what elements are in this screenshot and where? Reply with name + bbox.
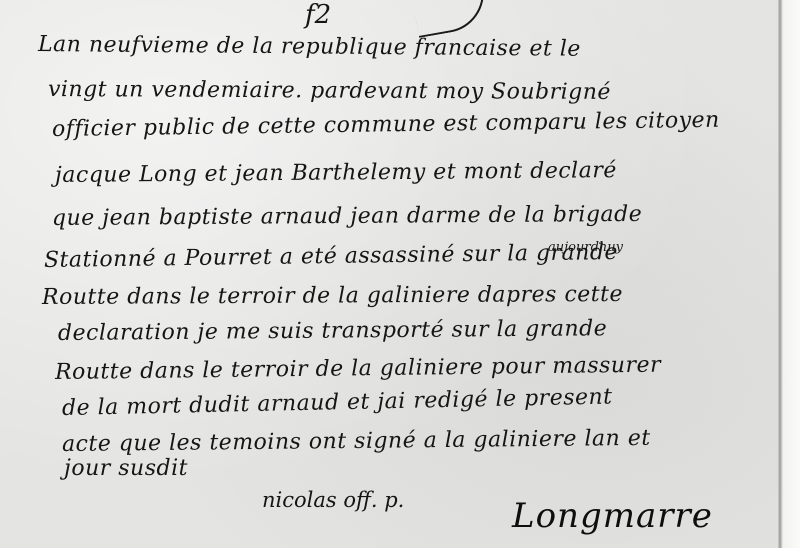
page-edge [778,0,800,548]
header-flourish [412,0,490,38]
text-line-12: jour susdit [64,456,188,481]
text-line-11: acte que les temoins ont signé a la gali… [62,426,651,457]
text-line-8: declaration je me suis transporté sur la… [58,316,607,346]
text-line-7: Routte dans le terroir de la galiniere d… [42,282,623,310]
text-line-2: vingt un vendemiaire. pardevant moy Soub… [48,77,611,105]
text-line-10: de la mort dudit arnaud et jai redigé le… [62,384,613,421]
text-line-6: Stationné a Pourret a eté assassiné sur … [44,240,618,273]
text-line-3: officier public de cette commune est com… [52,108,720,142]
signature-witness: Longmarre [512,496,713,536]
signature-official: nicolas off. p. [262,488,404,512]
text-line-9: Routte dans le terroir de la galiniere p… [55,353,661,385]
text-line-4: jacque Long et jean Barthelemy et mont d… [55,158,617,188]
text-line-5: que jean baptiste arnaud jean darme de l… [52,202,642,231]
text-line-1: Lan neufvieme de la republique francaise… [38,32,581,62]
document-page: f2 Lan neufvieme de la republique franca… [0,0,800,548]
header-mark: f2 [305,0,331,30]
